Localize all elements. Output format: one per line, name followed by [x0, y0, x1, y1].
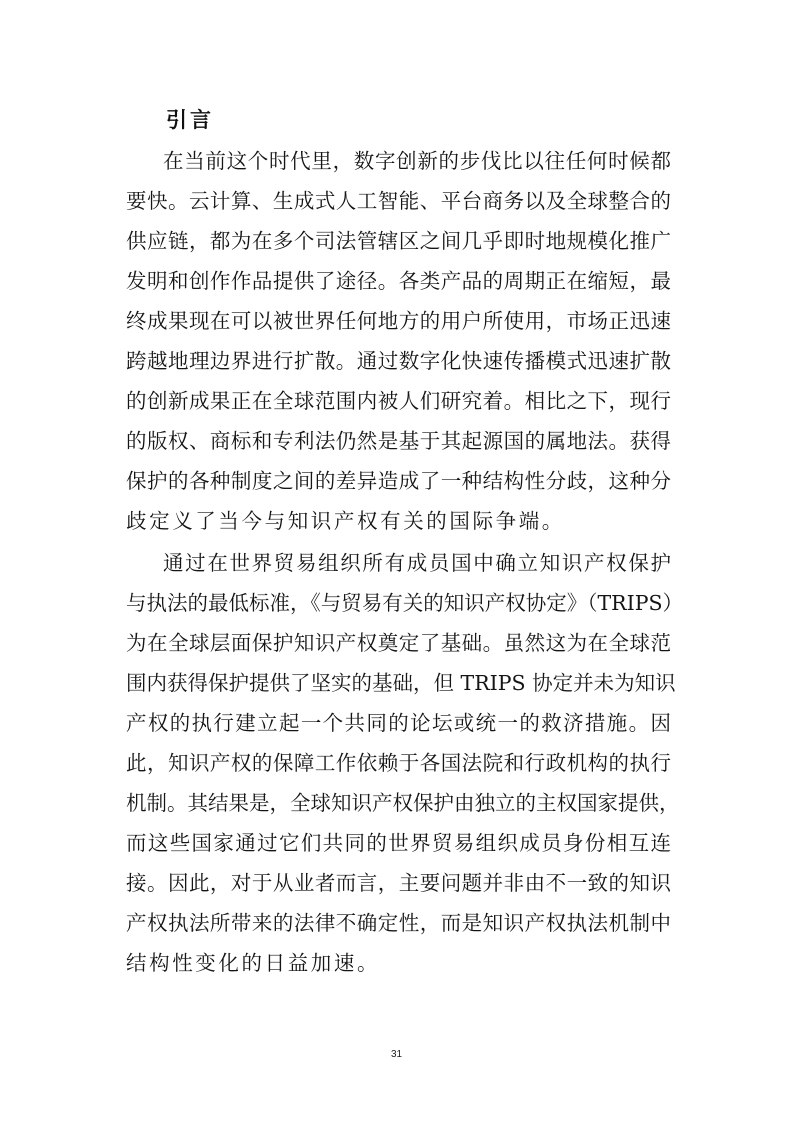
text-line: 终成果现在可以被世界任何地方的用户所使用，市场正迅速: [126, 301, 671, 341]
text-line: 产权执法所带来的法律不确定性，而是知识产权执法机制中: [126, 903, 671, 943]
text-line: 跨越地理边界进行扩散。通过数字化快速传播模式迅速扩散: [126, 341, 671, 381]
text-line: 歧定义了当今与知识产权有关的国际争端。: [126, 501, 671, 541]
text-line: 的创新成果正在全球范围内被人们研究着。相比之下，现行: [126, 381, 671, 421]
text-line: 而这些国家通过它们共同的世界贸易组织成员身份相互连: [126, 823, 671, 863]
text-line: 围内获得保护提供了坚实的基础，但 TRIPS 协定并未为知识: [126, 663, 671, 703]
text-line: 为在全球层面保护知识产权奠定了基础。虽然这为在全球范: [126, 623, 671, 663]
text-line: 与执法的最低标准，《与贸易有关的知识产权协定》（TRIPS）: [126, 583, 671, 623]
text-line: 接。因此，对于从业者而言，主要问题并非由不一致的知识: [126, 863, 671, 903]
text-line: 通过在世界贸易组织所有成员国中确立知识产权保护: [163, 543, 671, 583]
text-line: 的版权、商标和专利法仍然是基于其起源国的属地法。获得: [126, 421, 671, 461]
document-page: 引言 在当前这个时代里，数字创新的步伐比以往任何时候都 要快。云计算、生成式人工…: [0, 0, 793, 1122]
text-line: 供应链，都为在多个司法管辖区之间几乎即时地规模化推广: [126, 221, 671, 261]
text-line: 在当前这个时代里，数字创新的步伐比以往任何时候都: [163, 141, 671, 181]
text-line: 保护的各种制度之间的差异造成了一种结构性分歧，这种分: [126, 461, 671, 501]
text-line: 发明和创作作品提供了途径。各类产品的周期正在缩短，最: [126, 261, 671, 301]
text-line: 要快。云计算、生成式人工智能、平台商务以及全球整合的: [126, 181, 671, 221]
text-line: 机制。其结果是，全球知识产权保护由独立的主权国家提供，: [126, 783, 671, 823]
text-line: 产权的执行建立起一个共同的论坛或统一的救济措施。因: [126, 703, 671, 743]
page-number: 31: [0, 1049, 793, 1060]
section-heading: 引言: [166, 104, 214, 134]
text-line: 此，知识产权的保障工作依赖于各国法院和行政机构的执行: [126, 743, 671, 783]
text-line: 结构性变化的日益加速。: [126, 943, 671, 983]
